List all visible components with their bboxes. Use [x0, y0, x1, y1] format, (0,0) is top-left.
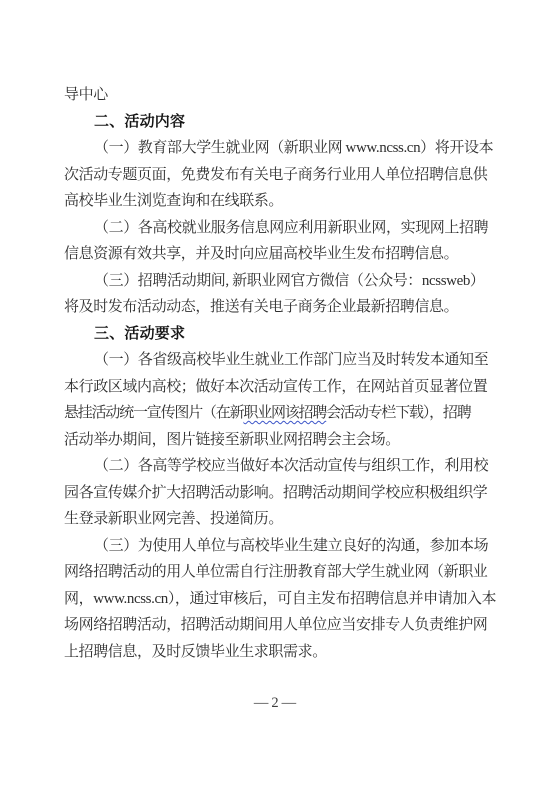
text-segment: 高校毕业生浏览查询和在线联系。 — [64, 193, 283, 209]
document-line: 活动举办期间，图片链接至新职业网招聘会主会场。 — [64, 427, 500, 454]
text-segment: 活动举办期间，图片链接至新职业网招聘会主会场。 — [64, 432, 400, 448]
section-heading: 三、活动要求 — [64, 321, 500, 348]
text-segment: （三）招聘活动期间, 新职业网官方微信（公众号：ncssweb） — [94, 273, 485, 289]
text-segment: 生登录新职业网完善、投递简历。 — [64, 511, 283, 527]
text-segment: 三、活动要求 — [94, 325, 185, 342]
document-line: 高校毕业生浏览查询和在线联系。 — [64, 188, 500, 215]
document-line: 园各宣传媒介扩大招聘活动影响。招聘活动期间学校应积极组织学 — [64, 480, 500, 507]
hyperlink-text: 职业网该招聘 — [243, 405, 326, 421]
document-line: （三）招聘活动期间, 新职业网官方微信（公众号：ncssweb） — [64, 268, 500, 295]
text-segment: 会活动专栏下载），招聘 — [326, 405, 470, 421]
document-line: （一）各省级高校毕业生就业工作部门应当及时转发本通知至 — [64, 347, 500, 374]
text-segment: 本行政区域内高校；做好本次活动宣传工作，在网站首页显著位置 — [64, 379, 487, 395]
document-line: （一）教育部大学生就业网（新职业网 www.ncss.cn）将开设本 — [64, 135, 500, 162]
document-body: 导中心二、活动内容（一）教育部大学生就业网（新职业网 www.ncss.cn）将… — [64, 82, 500, 665]
section-heading: 二、活动内容 — [64, 109, 500, 136]
text-segment: （一）各省级高校毕业生就业工作部门应当及时转发本通知至 — [94, 352, 488, 368]
text-segment: 二、活动内容 — [94, 113, 185, 130]
text-segment: 次活动专题页面，免费发布有关电子商务行业用人单位招聘信息供 — [64, 167, 487, 183]
text-segment: （一）教育部大学生就业网（新职业网 www.ncss.cn）将开设本 — [94, 140, 493, 156]
document-line: 网，www.ncss.cn），通过审核后，可自主发布招聘信息并申请加入本 — [64, 586, 500, 613]
document-line: 悬挂活动统一宣传图片（在新职业网该招聘会活动专栏下载），招聘 — [64, 400, 500, 427]
document-line: 次活动专题页面，免费发布有关电子商务行业用人单位招聘信息供 — [64, 162, 500, 189]
text-segment: 上招聘信息，及时反馈毕业生求职需求。 — [64, 644, 327, 660]
text-segment: 网，www.ncss.cn），通过审核后，可自主发布招聘信息并申请加入本 — [64, 591, 496, 607]
document-line: 本行政区域内高校；做好本次活动宣传工作，在网站首页显著位置 — [64, 374, 500, 401]
document-line: 导中心 — [64, 82, 500, 109]
document-line: （三）为使用人单位与高校毕业生建立良好的沟通，参加本场 — [64, 533, 500, 560]
document-line: 将及时发布活动动态，推送有关电子商务企业最新招聘信息。 — [64, 294, 500, 321]
document-line: （二）各高校就业服务信息网应利用新职业网，实现网上招聘 — [64, 215, 500, 242]
text-segment: （三）为使用人单位与高校毕业生建立良好的沟通，参加本场 — [94, 538, 488, 554]
text-segment: 园各宣传媒介扩大招聘活动影响。招聘活动期间学校应积极组织学 — [64, 485, 487, 501]
text-segment: 悬挂活动统一宣传图片（在新 — [64, 405, 243, 421]
text-segment: （二）各高校就业服务信息网应利用新职业网，实现网上招聘 — [94, 220, 488, 236]
text-segment: 导中心 — [64, 87, 108, 103]
document-line: 网络招聘活动的用人单位需自行注册教育部大学生就业网（新职业 — [64, 559, 500, 586]
document-line: （二）各高等学校应当做好本次活动宣传与组织工作，利用校 — [64, 453, 500, 480]
page-number: —2— — [0, 692, 553, 714]
text-segment: （二）各高等学校应当做好本次活动宣传与组织工作，利用校 — [94, 458, 488, 474]
document-line: 信息资源有效共享，并及时向应届高校毕业生发布招聘信息。 — [64, 241, 500, 268]
text-segment: 场网络招聘活动，招聘活动期间用人单位应当安排专人负责维护网 — [64, 617, 487, 633]
document-line: 场网络招聘活动，招聘活动期间用人单位应当安排专人负责维护网 — [64, 612, 500, 639]
text-segment: 将及时发布活动动态，推送有关电子商务企业最新招聘信息。 — [64, 299, 458, 315]
text-segment: 信息资源有效共享，并及时向应届高校毕业生发布招聘信息。 — [64, 246, 458, 262]
document-line: 生登录新职业网完善、投递简历。 — [64, 506, 500, 533]
text-segment: 网络招聘活动的用人单位需自行注册教育部大学生就业网（新职业 — [64, 564, 487, 580]
scanned-document-page: 导中心二、活动内容（一）教育部大学生就业网（新职业网 www.ncss.cn）将… — [0, 0, 553, 786]
document-line: 上招聘信息，及时反馈毕业生求职需求。 — [64, 639, 500, 666]
